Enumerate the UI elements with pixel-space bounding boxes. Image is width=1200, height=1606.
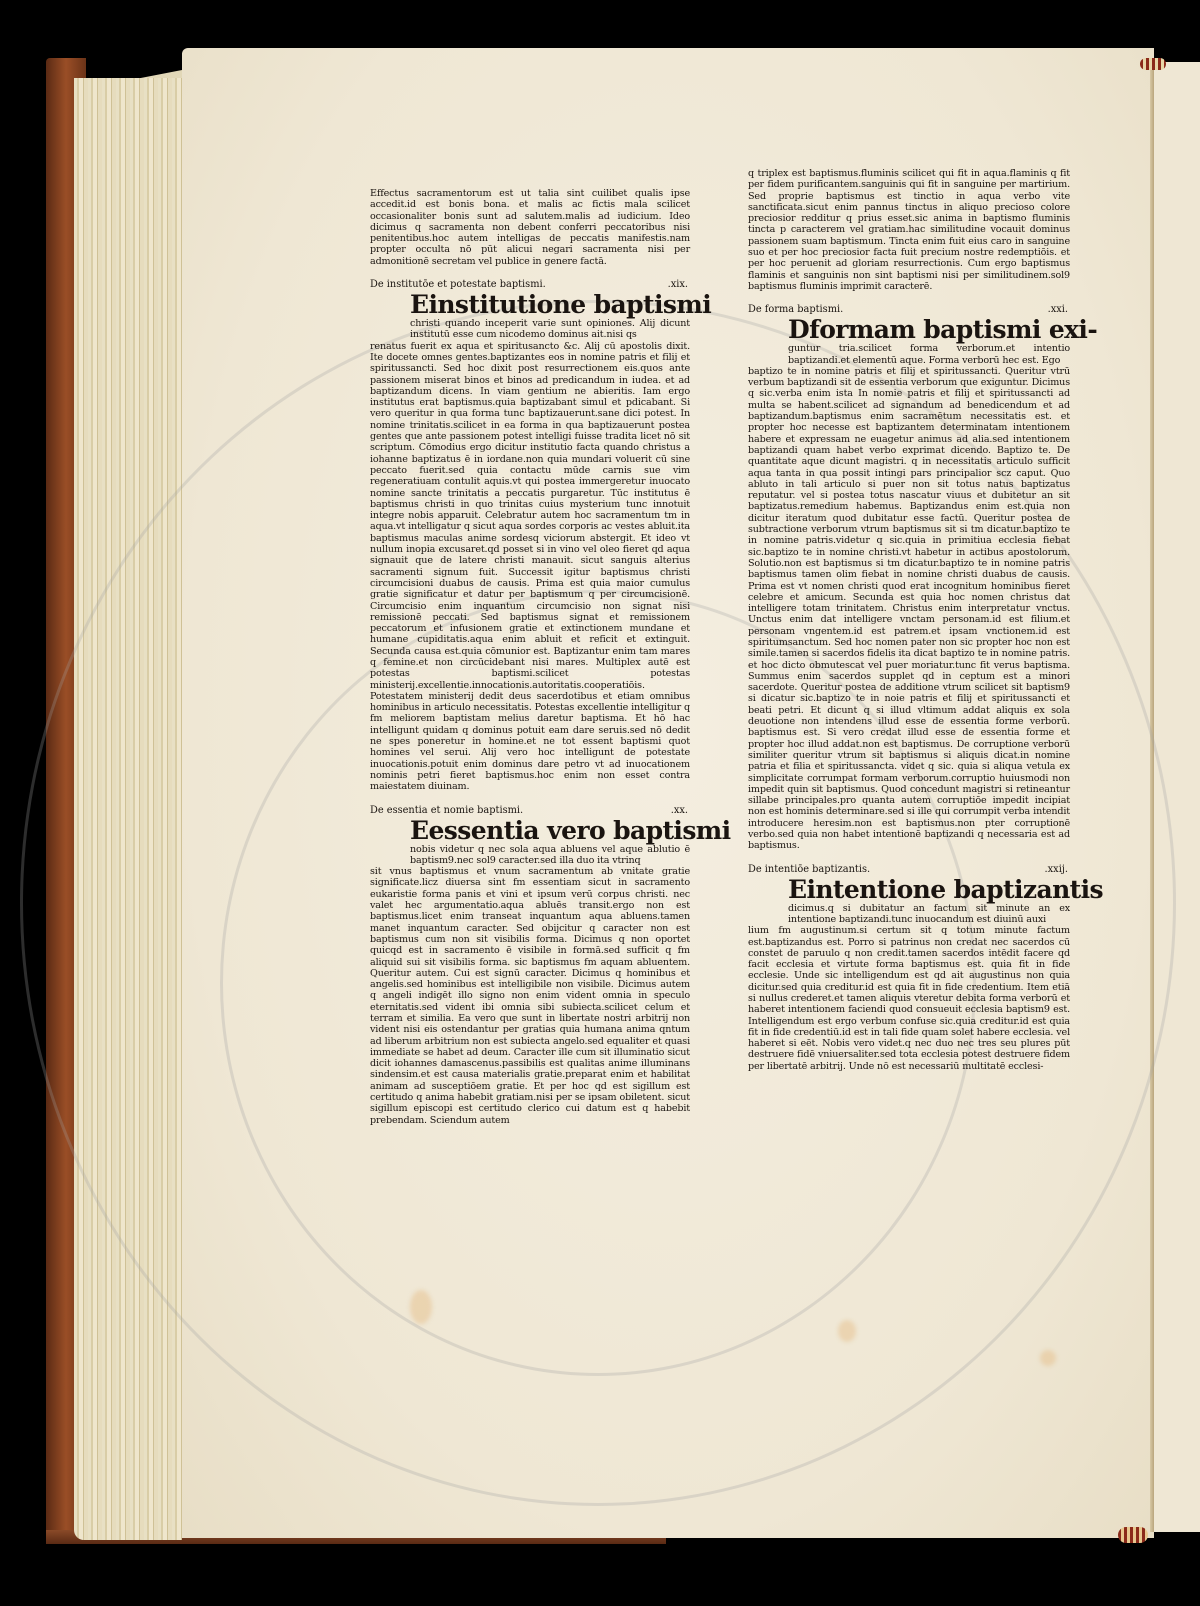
indented-lines: dicimus.q si dubitatur an factum sit min… [748,903,1070,926]
section-heading: Eintentione baptizantis [788,877,1070,903]
body-text: baptizo te in nomine patris et filij et … [748,366,1070,851]
section-rubric: De essentia et nomie baptismi. .xx. [370,805,690,816]
right-text-column: q triplex est baptismus.fluminis scilice… [748,168,1070,1072]
body-text: lium fm augustinum.si certum sit q totum… [748,925,1070,1072]
section-heading: Dformam baptismi exi- [788,317,1070,343]
indented-lines: guntur tria.scilicet forma verborum.et i… [748,343,1070,366]
chapter-number: .xxij. [1045,864,1070,875]
opening-paragraph: Effectus sacramentorum est ut talia sint… [370,188,690,267]
foxing-stain [1040,1350,1056,1366]
section-rubric: De intentiōe baptizantis. .xxij. [748,864,1070,875]
body-text: renatus fuerit ex aqua et spiritusancto … [370,341,690,793]
indented-lines: nobis videtur q nec sola aqua abluens ve… [370,844,690,867]
section-body: guntur tria.scilicet forma verborum.et i… [748,343,1070,851]
rubric-title: De intentiōe baptizantis. [748,864,870,875]
rubric-title: De essentia et nomie baptismi. [370,805,523,816]
rubric-title: De forma baptismi. [748,304,843,315]
foxing-stain [838,1320,856,1342]
section-heading: Eessentia vero baptismi [410,818,690,844]
section-body: christi quando inceperit varie sunt opin… [370,318,690,792]
body-text: sit vnus baptismus et vnum sacramentum a… [370,866,690,1126]
foxing-stain [410,1290,432,1324]
headband [1140,58,1166,70]
rubric-title: De institutōe et potestate baptismi. [370,279,546,290]
chapter-number: .xx. [671,805,690,816]
section-rubric: De institutōe et potestate baptismi. .xi… [370,279,690,290]
page-stack-edges [74,78,182,1540]
opening-paragraph: q triplex est baptismus.fluminis scilice… [748,168,1070,292]
tailband [1118,1527,1148,1543]
chapter-number: .xxi. [1048,304,1070,315]
left-text-column: Effectus sacramentorum est ut talia sint… [370,188,690,1126]
section-rubric: De forma baptismi. .xxi. [748,304,1070,315]
section-heading: Einstitutione baptismi [410,292,690,318]
chapter-number: .xix. [668,279,690,290]
recto-page-edge [1154,62,1200,1532]
book-photograph: Effectus sacramentorum est ut talia sint… [0,0,1200,1606]
section-body: nobis videtur q nec sola aqua abluens ve… [370,844,690,1126]
indented-lines: christi quando inceperit varie sunt opin… [370,318,690,341]
section-body: dicimus.q si dubitatur an factum sit min… [748,903,1070,1072]
